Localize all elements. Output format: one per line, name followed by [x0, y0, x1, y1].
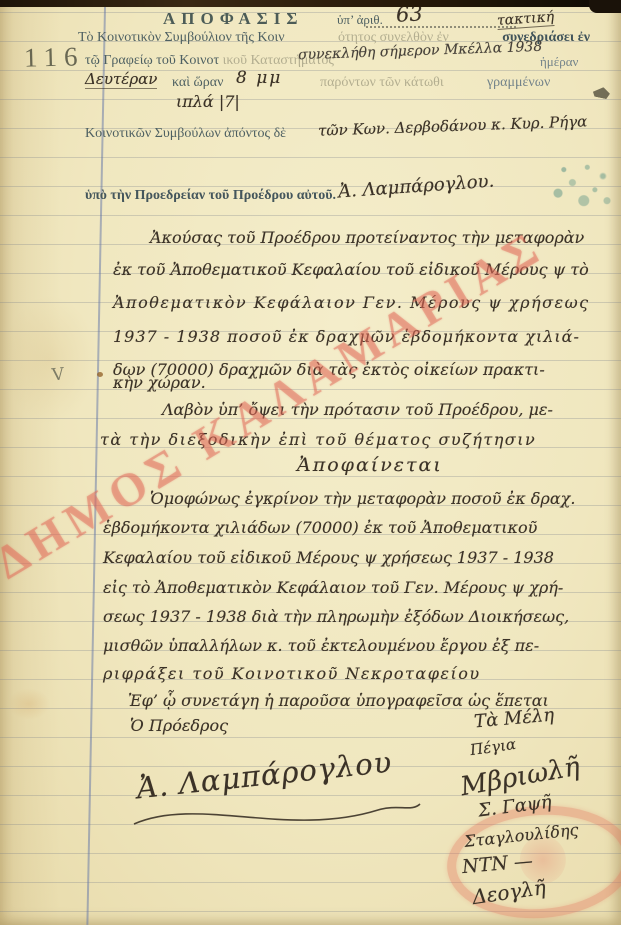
- body-line: σεως 1937 - 1938 διὰ τὴν πληρωμὴν ἐξόδων…: [103, 607, 569, 626]
- document-page: ΑΠΟΦΑΣΙΣ ὑπ’ ἀριθ. 63 τακτική Τὸ Κοινοτι…: [0, 0, 621, 925]
- closing-line: Ἐφ’ ᾧ συνετάγη ἡ παροῦσα ὑπογραφεῖσα ὡς …: [128, 691, 549, 710]
- body-line: ριφράξει τοῦ Κοινοτικοῦ Νεκροταφείου: [103, 664, 481, 683]
- margin-check-mark: V: [51, 364, 65, 385]
- body-line: ἑβδομήκοντα χιλιάδων (70000) ἐκ τοῦ Ἀποθ…: [103, 518, 537, 537]
- body-line: Ὁμοφώνως ἐγκρίνον τὴν μεταφορὰν ποσοῦ ἐκ…: [150, 489, 575, 508]
- protocol-note-handwritten: ιπλά |7|: [176, 92, 240, 111]
- verdict-word: Ἀποφαίνεται: [297, 454, 443, 476]
- body-line: Κεφαλαίου τοῦ εἰδικοῦ Μέρους ψ χρήσεως 1…: [103, 548, 554, 567]
- scan-edge-strip: [0, 0, 621, 7]
- intro-line-2: τῷ Γραφείῳ τοῦ Κοινοτ ικοῦ Καταστήματος: [85, 53, 334, 69]
- presidency-line-printed: ὑπὸ τὴν Προεδρείαν τοῦ Προέδρου αὐτοῦ.: [85, 188, 336, 204]
- intro-line-2-printed: τῷ Γραφείῳ τοῦ Κοινοτ: [85, 53, 219, 68]
- intro-line-2-day-label: ἡμέραν: [540, 54, 578, 70]
- body-line: κὴν χώραν.: [113, 373, 206, 392]
- hour-label-printed: καὶ ὥραν: [172, 75, 223, 91]
- body-line: εἰς τὸ Ἀποθεματικὸν Κεφάλαιον τοῦ Γεν. Μ…: [103, 578, 563, 597]
- registry-number-stamp: 116: [24, 41, 85, 74]
- number-underline: [366, 18, 516, 28]
- paper-stain: [8, 688, 50, 720]
- intro-line-3-faded: παρόντων τῶν κάτωθι: [320, 75, 444, 91]
- day-handwritten: Δευτέραν: [85, 70, 157, 89]
- intro-line-3-end: γραμμένων: [487, 75, 550, 91]
- paper-stain: [2, 295, 97, 425]
- intro-line-1-printed: Τὸ Κοινοτικὸν Συμβούλιον τῆς Κοιν: [78, 30, 285, 46]
- hour-handwritten: 8 μμ: [236, 68, 282, 88]
- signature-flourish: [128, 790, 428, 836]
- ink-dot: [97, 372, 103, 377]
- absent-members-printed: Κοινοτικῶν Συμβούλων ἀπόντος δὲ: [85, 126, 286, 142]
- body-line: Ἀποθεματικὸν Κεφάλαιον Γεν. Μέρους ψ χρή…: [113, 293, 590, 312]
- scan-edge-corner: [589, 0, 621, 13]
- president-label: Ὁ Πρόεδρος: [130, 716, 228, 735]
- document-title: ΑΠΟΦΑΣΙΣ: [163, 9, 303, 29]
- body-line: μισθῶν ὑπαλλήλων κ. τοῦ ἐκτελουμένου ἔργ…: [103, 636, 539, 655]
